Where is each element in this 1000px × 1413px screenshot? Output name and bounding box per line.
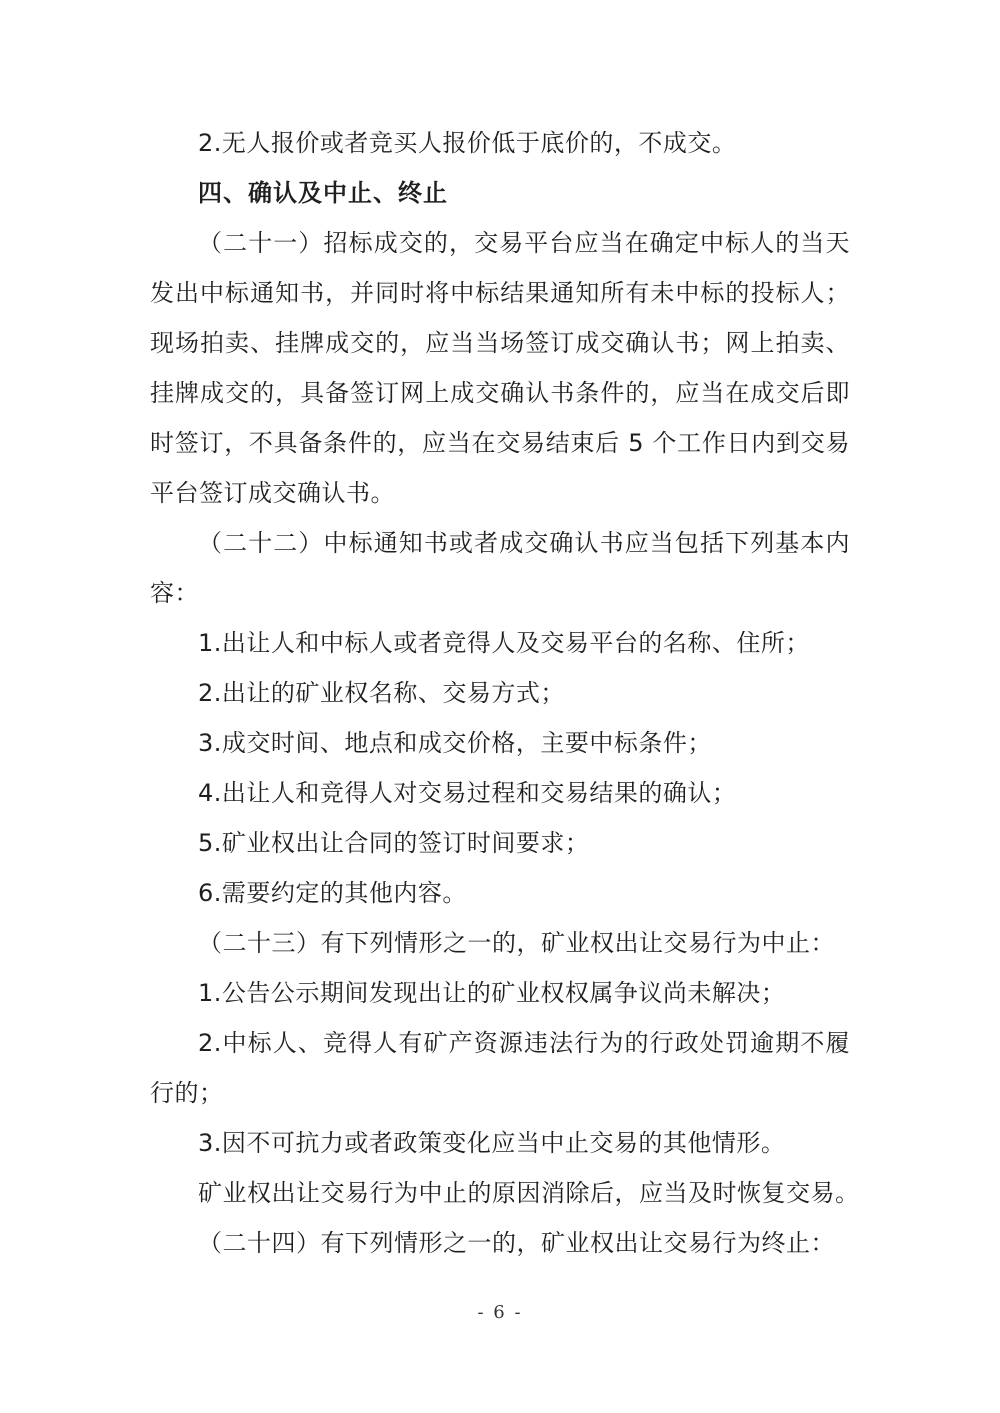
doc-line: 平台签订成交确认书。 — [150, 468, 850, 518]
doc-list-item: 6.需要约定的其他内容。 — [150, 868, 850, 918]
doc-list-item: 2.出让的矿业权名称、交易方式； — [150, 668, 850, 718]
doc-line: 时签订，不具备条件的，应当在交易结束后 5 个工作日内到交易 — [150, 418, 850, 468]
doc-line: （二十一）招标成交的，交易平台应当在确定中标人的当天 — [150, 218, 850, 268]
doc-line: 2.无人报价或者竞买人报价低于底价的，不成交。 — [150, 118, 850, 168]
doc-list-item: 2.中标人、竞得人有矿产资源违法行为的行政处罚逾期不履 — [150, 1018, 850, 1068]
doc-list-item: 3.因不可抗力或者政策变化应当中止交易的其他情形。 — [150, 1118, 850, 1168]
doc-list-item: 1.出让人和中标人或者竞得人及交易平台的名称、住所； — [150, 618, 850, 668]
doc-line: （二十三）有下列情形之一的，矿业权出让交易行为中止： — [150, 918, 850, 968]
document-page: 2.无人报价或者竞买人报价低于底价的，不成交。 四、确认及中止、终止 （二十一）… — [0, 0, 1000, 1413]
doc-line: 现场拍卖、挂牌成交的，应当当场签订成交确认书；网上拍卖、 — [150, 318, 850, 368]
doc-line: 容： — [150, 568, 850, 618]
doc-list-item: 5.矿业权出让合同的签订时间要求； — [150, 818, 850, 868]
page-number: - 6 - — [0, 1298, 1000, 1328]
doc-line: 行的； — [150, 1068, 850, 1118]
doc-list-item: 3.成交时间、地点和成交价格，主要中标条件； — [150, 718, 850, 768]
doc-line: 发出中标通知书，并同时将中标结果通知所有未中标的投标人； — [150, 268, 850, 318]
doc-line: （二十二）中标通知书或者成交确认书应当包括下列基本内 — [150, 518, 850, 568]
doc-line: （二十四）有下列情形之一的，矿业权出让交易行为终止： — [150, 1218, 850, 1268]
doc-line: 矿业权出让交易行为中止的原因消除后，应当及时恢复交易。 — [150, 1168, 850, 1218]
doc-line: 挂牌成交的，具备签订网上成交确认书条件的，应当在成交后即 — [150, 368, 850, 418]
section-heading: 四、确认及中止、终止 — [150, 168, 850, 218]
doc-list-item: 1.公告公示期间发现出让的矿业权权属争议尚未解决； — [150, 968, 850, 1018]
doc-list-item: 4.出让人和竞得人对交易过程和交易结果的确认； — [150, 768, 850, 818]
document-body: 2.无人报价或者竞买人报价低于底价的，不成交。 四、确认及中止、终止 （二十一）… — [150, 118, 850, 1268]
